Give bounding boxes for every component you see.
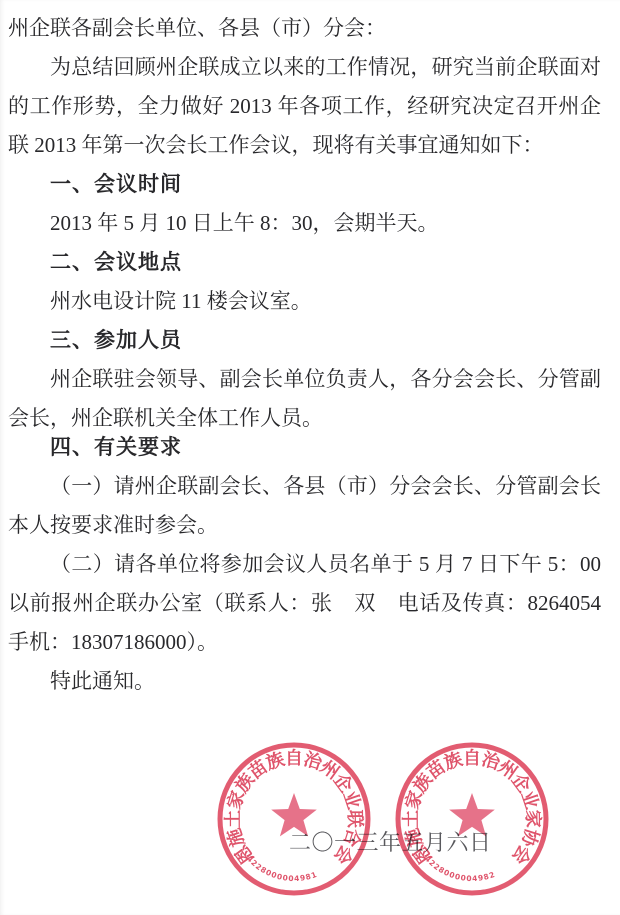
section-1-body: 2013 年 5 月 10 日上午 8：30，会期半天。 <box>8 204 601 243</box>
stamp-serial-number: 4228000004981 <box>245 854 319 883</box>
closing-line: 特此通知。 <box>8 662 601 701</box>
section-3-body: 州企联驻会领导、副会长单位负责人，各分会会长、分管副会长，州企联机关全体工作人员… <box>8 360 601 438</box>
stamp-serial-number: 4228000004982 <box>423 854 497 883</box>
stamp-entrepreneurs-association: 恩施土家族苗族自治州企业家协会 4228000004982 <box>393 740 551 898</box>
section-4-item-1: （一）请州企联副会长、各县（市）分会会长、分管副会长本人按要求准时参会。 <box>8 467 601 545</box>
section-4-item-2: （二）请各单位将参加会议人员名单于 5 月 7 日下午 5：00 以前报州企联办… <box>8 545 601 662</box>
stamp-enterprise-federation: 恩施土家族苗族自治州企业联合会 4228000004981 <box>215 740 373 898</box>
section-3-heading: 三、参加人员 <box>8 321 601 360</box>
notice-body: 州企联各副会长单位、各县（市）分会： 为总结回顾州企联成立以来的工作情况，研究当… <box>8 9 601 701</box>
document-page: 州企联各副会长单位、各县（市）分会： 为总结回顾州企联成立以来的工作情况，研究当… <box>0 0 620 915</box>
section-2-body: 州水电设计院 11 楼会议室。 <box>8 282 601 321</box>
salutation: 州企联各副会长单位、各县（市）分会： <box>8 9 601 48</box>
intro-paragraph: 为总结回顾州企联成立以来的工作情况，研究当前企联面对的工作形势，全力做好 201… <box>8 48 601 165</box>
section-2-heading: 二、会议地点 <box>8 243 601 282</box>
section-1-heading: 一、会议时间 <box>8 165 601 204</box>
star-icon <box>449 793 495 836</box>
star-icon <box>271 793 317 836</box>
